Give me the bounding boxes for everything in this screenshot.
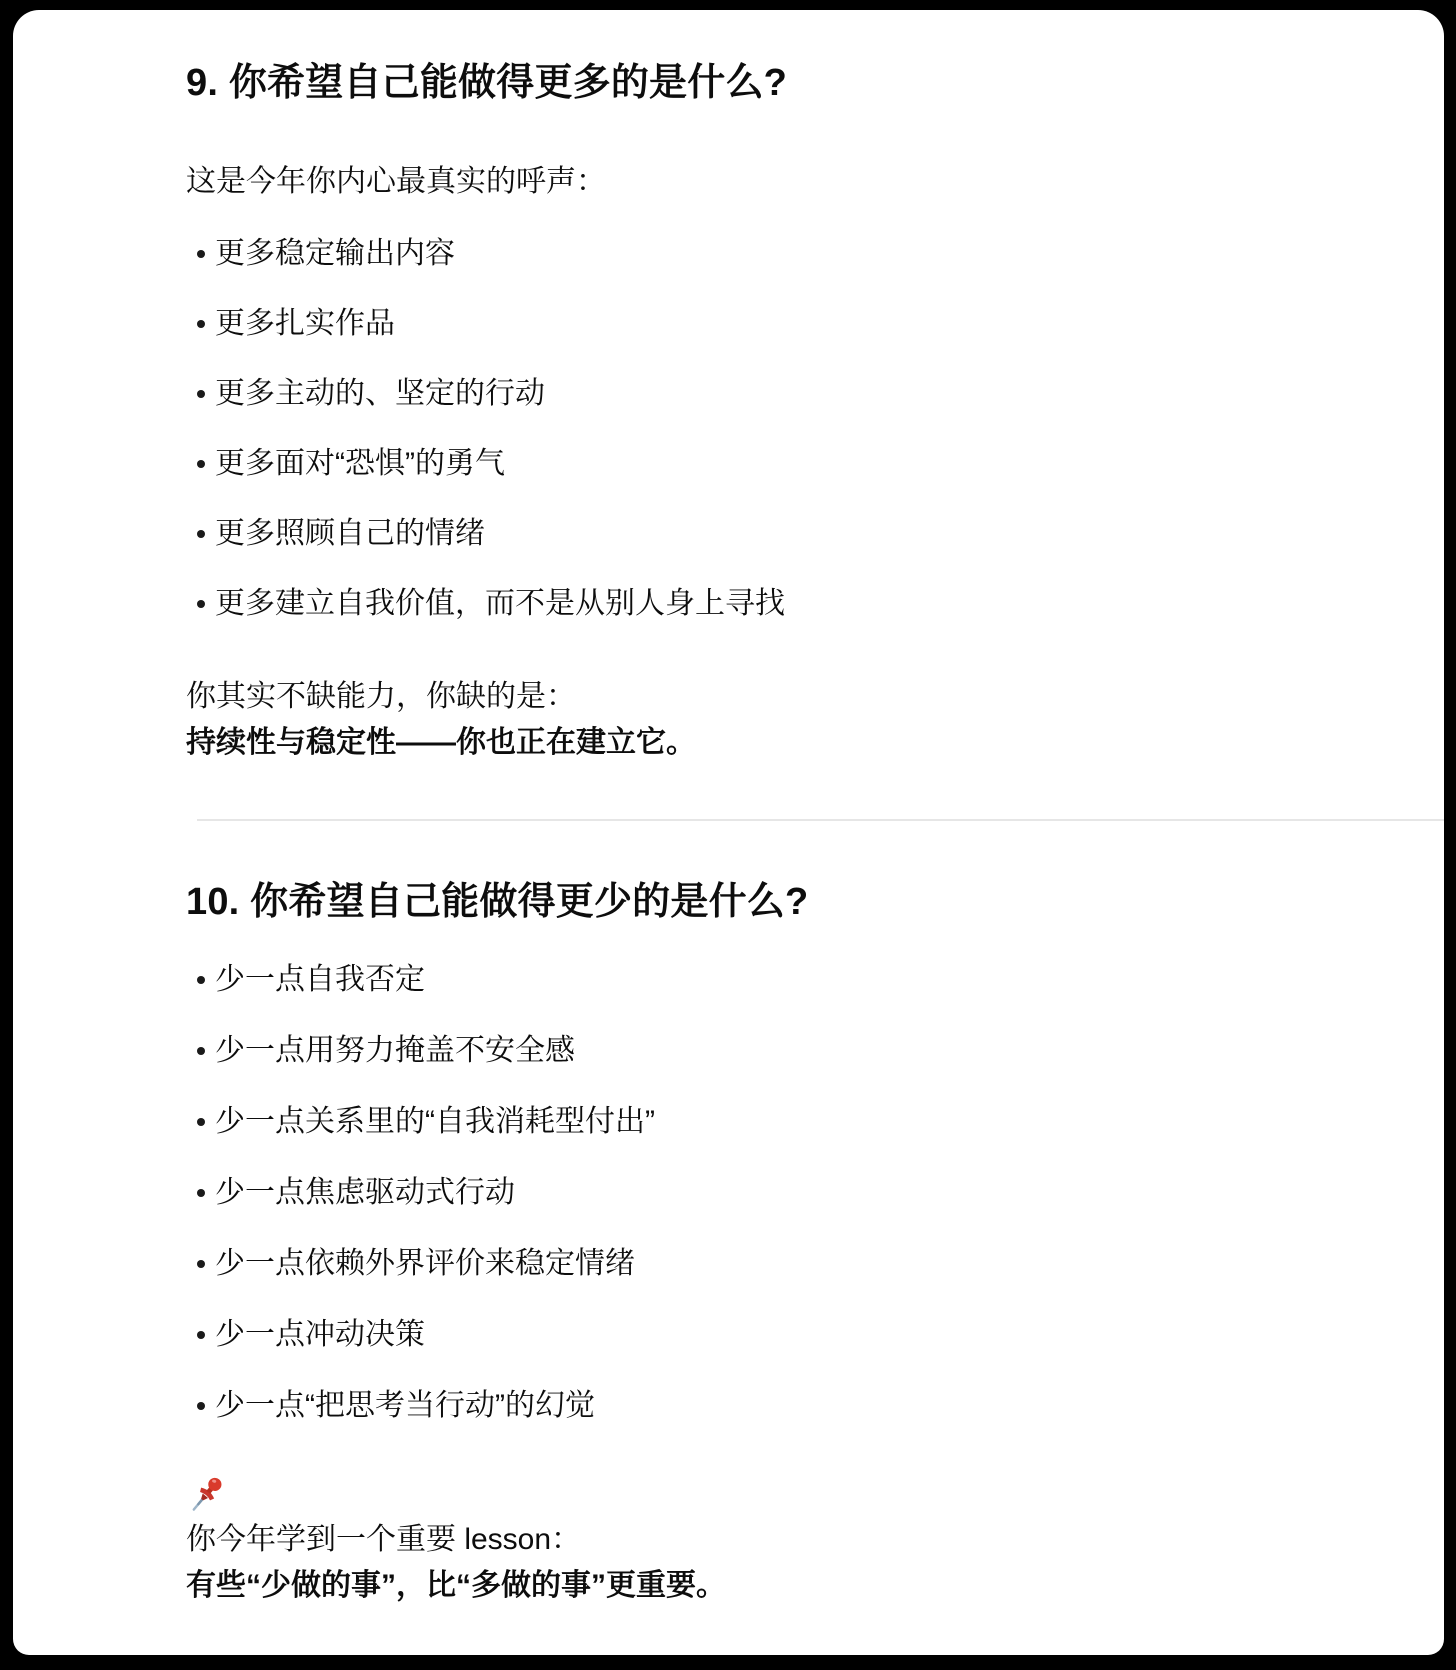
list-item: 少一点冲动决策 bbox=[186, 1312, 1444, 1358]
section9-intro: 这是今年你内心最真实的呼声： bbox=[186, 159, 1444, 205]
document-card: 9. 你希望自己能做得更多的是什么? 这是今年你内心最真实的呼声： 更多稳定输出… bbox=[13, 10, 1444, 1655]
section9-heading: 9. 你希望自己能做得更多的是什么? bbox=[186, 59, 1444, 107]
list-item: 少一点焦虑驱动式行动 bbox=[186, 1170, 1444, 1216]
section-divider bbox=[197, 819, 1444, 821]
lesson-line1: 你今年学到一个重要 lesson： bbox=[186, 1523, 581, 1556]
section10-lesson: 你今年学到一个重要 lesson： 有些“少做的事”，比“多做的事”更重要。 bbox=[186, 1471, 1444, 1609]
section9-list: 更多稳定输出内容 更多扎实作品 更多主动的、坚定的行动 更多面对“恐惧”的勇气 … bbox=[186, 231, 1444, 627]
list-item: 少一点关系里的“自我消耗型付出” bbox=[186, 1099, 1444, 1145]
list-item: 更多扎实作品 bbox=[186, 301, 1444, 347]
section10-heading: 10. 你希望自己能做得更少的是什么? bbox=[186, 878, 1444, 926]
list-item: 少一点“把思考当行动”的幻觉 bbox=[186, 1383, 1444, 1429]
list-item: 更多面对“恐惧”的勇气 bbox=[186, 441, 1444, 487]
section10-list: 少一点自我否定 少一点用努力掩盖不安全感 少一点关系里的“自我消耗型付出” 少一… bbox=[186, 957, 1444, 1429]
pushpin-emoji-icon bbox=[184, 1473, 228, 1517]
lesson-line2: 有些“少做的事”，比“多做的事”更重要。 bbox=[186, 1569, 726, 1602]
closing-line1: 你其实不缺能力，你缺的是： bbox=[186, 680, 576, 713]
list-item: 更多照顾自己的情绪 bbox=[186, 511, 1444, 557]
list-item: 少一点依赖外界评价来稳定情绪 bbox=[186, 1241, 1444, 1287]
list-item: 少一点用努力掩盖不安全感 bbox=[186, 1028, 1444, 1074]
section9-closing: 你其实不缺能力，你缺的是：持续性与稳定性——你也正在建立它。 bbox=[186, 674, 1444, 766]
list-item: 更多主动的、坚定的行动 bbox=[186, 371, 1444, 417]
list-item: 更多建立自我价值，而不是从别人身上寻找 bbox=[186, 581, 1444, 627]
closing-line2: 持续性与稳定性——你也正在建立它。 bbox=[186, 726, 696, 759]
list-item: 少一点自我否定 bbox=[186, 957, 1444, 1003]
document-content: 9. 你希望自己能做得更多的是什么? 这是今年你内心最真实的呼声： 更多稳定输出… bbox=[13, 10, 1444, 1609]
list-item: 更多稳定输出内容 bbox=[186, 231, 1444, 277]
